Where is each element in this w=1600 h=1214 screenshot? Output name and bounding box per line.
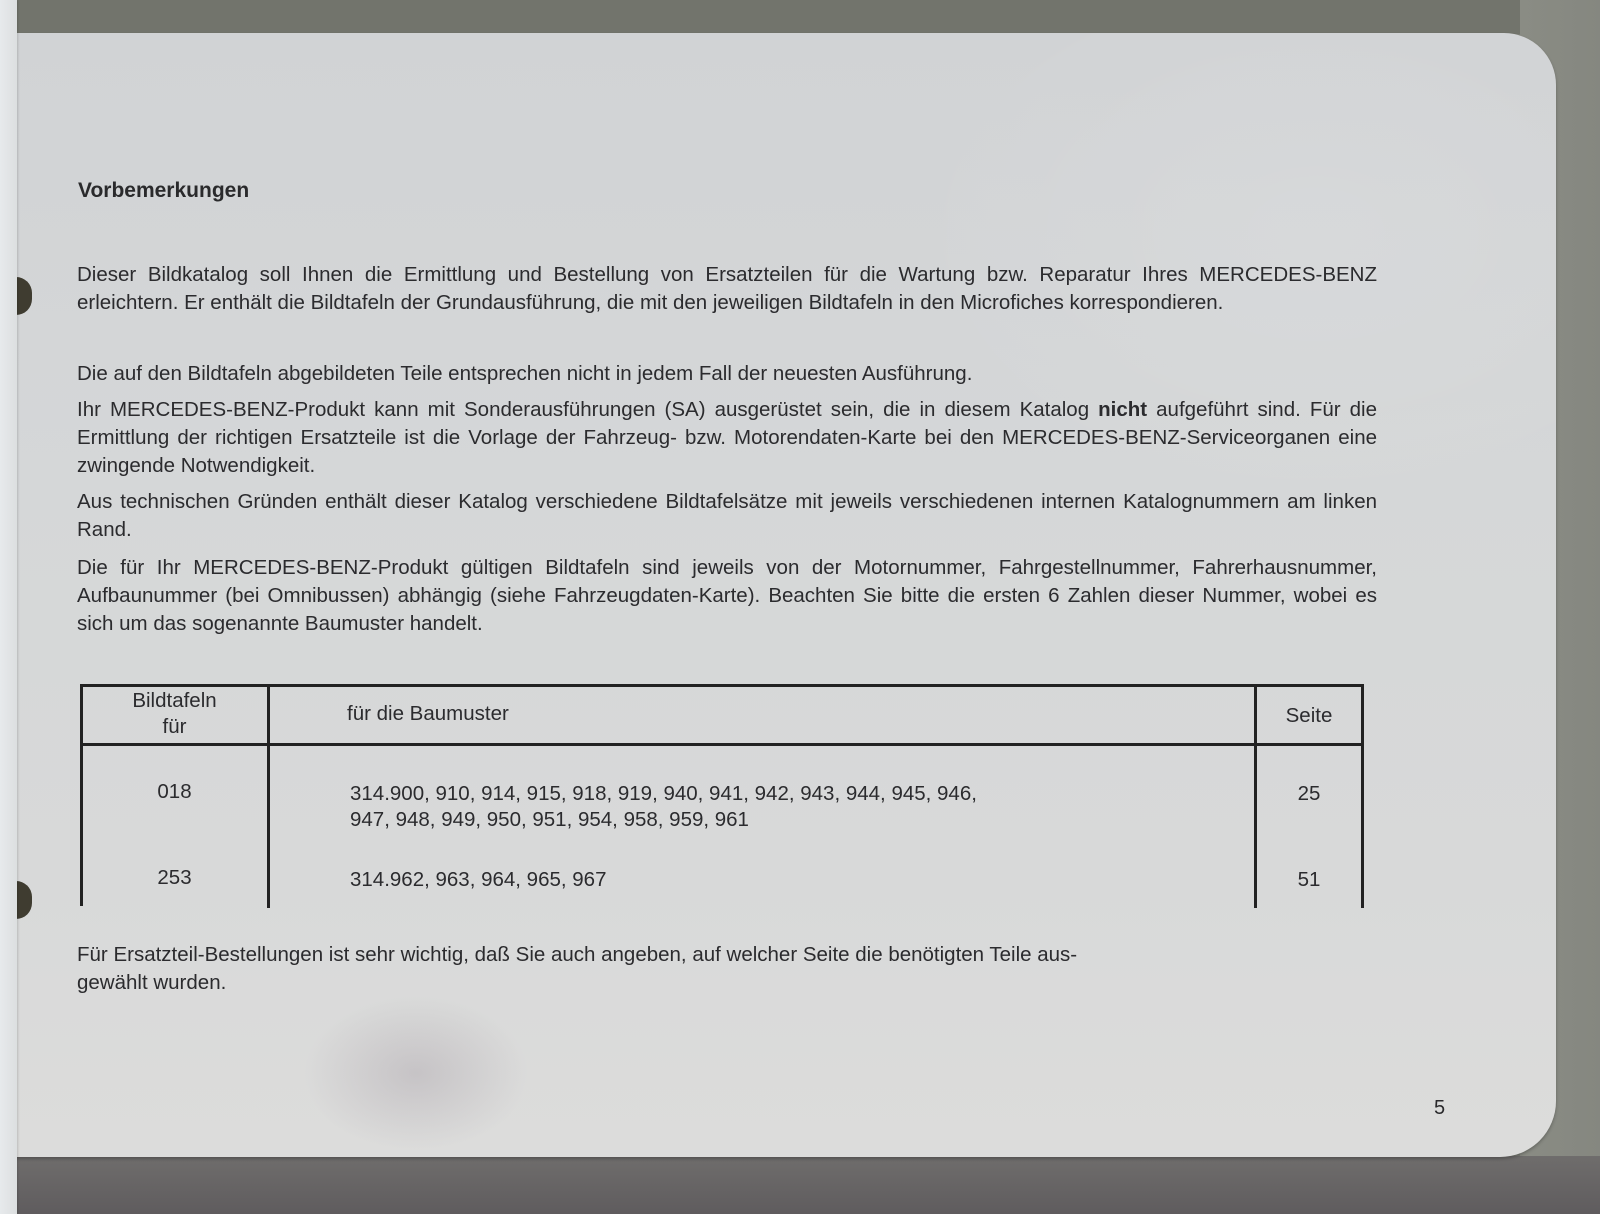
- column-header-bildtafeln-line2: für: [82, 714, 267, 740]
- emphasis-nicht: nicht: [1098, 398, 1147, 421]
- page-heading: Vorbemerkungen: [78, 179, 249, 203]
- closing-paragraph: Für Ersatzteil-Bestellungen ist sehr wic…: [77, 941, 1377, 997]
- technical-reasons-paragraph: Aus technischen Gründen enthält dieser K…: [77, 488, 1377, 544]
- baumuster-line: 947, 948, 949, 950, 951, 954, 958, 959, …: [350, 807, 977, 833]
- background-top: [0, 0, 1600, 34]
- table-cell-baumuster: 314.962, 963, 964, 965, 967: [350, 867, 606, 893]
- table-cell-baumuster: 314.900, 910, 914, 915, 918, 919, 940, 9…: [350, 781, 977, 833]
- table-header-divider: [80, 743, 1364, 746]
- column-header-bildtafeln: Bildtafeln für: [82, 688, 267, 740]
- table-border-right: [1361, 684, 1364, 908]
- intro-paragraph: Dieser Bildkatalog soll Ihnen die Ermitt…: [77, 261, 1377, 317]
- column-header-bildtafeln-line1: Bildtafeln: [82, 688, 267, 714]
- table-cell-bildtafeln: 018: [82, 779, 267, 805]
- column-header-baumuster: für die Baumuster: [347, 701, 509, 727]
- background-bottom: [0, 1156, 1600, 1214]
- adjacent-page-edge: [0, 0, 17, 1214]
- model-number-paragraph: Die für Ihr MERCEDES-BENZ-Produkt gültig…: [77, 554, 1377, 638]
- special-equipment-text-before: Ihr MERCEDES-BENZ-Produkt kann mit Sonde…: [77, 398, 1098, 421]
- closing-paragraph-line: Für Ersatzteil-Bestellungen ist sehr wic…: [77, 941, 1377, 969]
- baumuster-line: 314.900, 910, 914, 915, 918, 919, 940, 9…: [350, 781, 977, 807]
- table-border-top: [80, 684, 1364, 687]
- page-number: 5: [1434, 1097, 1445, 1120]
- column-header-seite: Seite: [1257, 703, 1361, 729]
- baumuster-line: 314.962, 963, 964, 965, 967: [350, 867, 606, 893]
- table-cell-seite: 51: [1257, 867, 1361, 893]
- table-cell-seite: 25: [1257, 781, 1361, 807]
- special-equipment-paragraph: Ihr MERCEDES-BENZ-Produkt kann mit Sonde…: [77, 396, 1377, 480]
- closing-paragraph-line: gewählt wurden.: [77, 969, 1377, 997]
- parts-note-paragraph: Die auf den Bildtafeln abgebildeten Teil…: [77, 360, 1377, 388]
- binder-hole-icon: [16, 277, 32, 315]
- table-column-divider: [267, 684, 270, 908]
- baumuster-table: Bildtafeln für für die Baumuster Seite 0…: [80, 684, 1364, 908]
- table-cell-bildtafeln: 253: [82, 865, 267, 891]
- binder-hole-icon: [16, 881, 32, 919]
- catalog-page: Vorbemerkungen Dieser Bildkatalog soll I…: [16, 33, 1556, 1157]
